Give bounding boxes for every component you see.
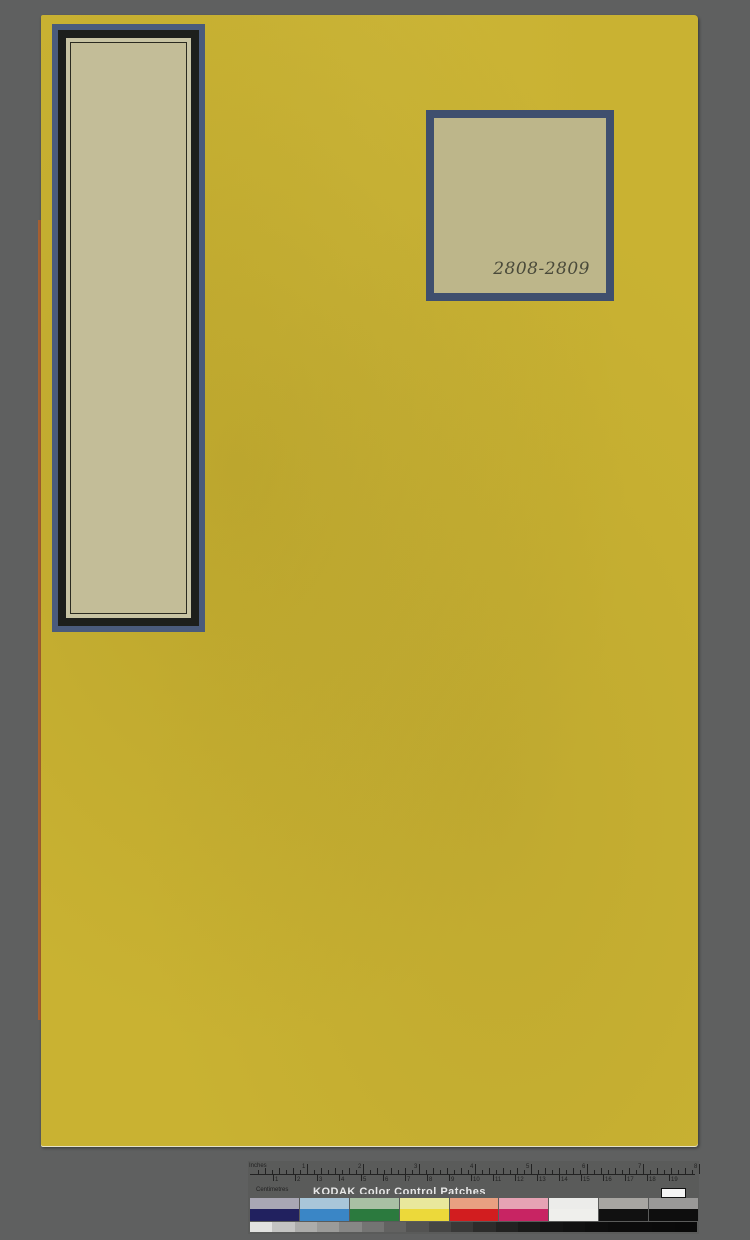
color-control-target: Inches Centimetres 123456781234567891011… (248, 1161, 699, 1234)
cm-tick (581, 1174, 582, 1181)
inch-minor-tick (615, 1168, 616, 1174)
inch-tick (587, 1164, 588, 1174)
cm-tick (647, 1174, 648, 1181)
inch-minor-tick (538, 1170, 539, 1174)
inch-minor-tick (328, 1170, 329, 1174)
inch-minor-tick (524, 1170, 525, 1174)
inch-minor-tick (335, 1168, 336, 1174)
inch-minor-tick (265, 1168, 266, 1174)
patch-green-tint (350, 1198, 399, 1209)
gray-step-14 (540, 1222, 562, 1232)
gray-step-7 (384, 1222, 406, 1232)
inch-minor-tick (279, 1168, 280, 1174)
centimetres-label: Centimetres (256, 1187, 288, 1193)
cm-tick (383, 1174, 384, 1181)
inch-tick-label: 7 (638, 1164, 641, 1170)
cm-tick (559, 1174, 560, 1181)
gray-scale-strip (250, 1222, 697, 1232)
inch-minor-tick (342, 1170, 343, 1174)
inch-minor-tick (601, 1168, 602, 1174)
inch-tick-label: 2 (358, 1164, 361, 1170)
patch-cyan-tint (300, 1198, 349, 1209)
patch-green (350, 1209, 399, 1221)
gray-step-5 (339, 1222, 361, 1232)
gray-step-11 (473, 1222, 495, 1232)
gray-step-1 (250, 1222, 272, 1232)
patch-blue (250, 1209, 299, 1221)
gray-step-19 (652, 1222, 674, 1232)
gray-step-10 (451, 1222, 473, 1232)
gray-step-4 (317, 1222, 339, 1232)
cm-tick-label: 19 (671, 1177, 678, 1183)
title-slip (52, 24, 205, 632)
inch-minor-tick (454, 1170, 455, 1174)
inch-minor-tick (293, 1168, 294, 1174)
inch-minor-tick (664, 1170, 665, 1174)
inch-tick-label: 3 (414, 1164, 417, 1170)
inch-minor-tick (398, 1170, 399, 1174)
inch-minor-tick (300, 1170, 301, 1174)
patch-3/color-tint (599, 1198, 648, 1209)
inch-minor-tick (286, 1170, 287, 1174)
inch-minor-tick (321, 1168, 322, 1174)
cm-tick-label: 6 (385, 1177, 388, 1183)
inch-minor-tick (503, 1168, 504, 1174)
inch-tick (699, 1164, 700, 1174)
cm-tick-label: 11 (495, 1177, 501, 1183)
inch-minor-tick (657, 1168, 658, 1174)
inch-minor-tick (671, 1168, 672, 1174)
inch-minor-tick (314, 1170, 315, 1174)
cm-tick (295, 1174, 296, 1181)
cm-tick-label: 12 (517, 1177, 524, 1183)
patch-white (549, 1209, 598, 1221)
patch-red (450, 1209, 499, 1221)
inch-tick-label: 5 (526, 1164, 529, 1170)
cm-tick (361, 1174, 362, 1181)
inch-minor-tick (356, 1170, 357, 1174)
title-slip-rule (70, 42, 187, 614)
inch-minor-tick (258, 1170, 259, 1174)
inch-minor-tick (622, 1170, 623, 1174)
title-slip-paper (66, 38, 191, 618)
cm-tick (317, 1174, 318, 1181)
gray-step-20 (675, 1222, 697, 1232)
cm-tick (427, 1174, 428, 1181)
cm-tick (405, 1174, 406, 1181)
patch-black-tint (649, 1198, 698, 1209)
cm-tick-label: 18 (649, 1177, 656, 1183)
cm-tick-label: 4 (341, 1177, 344, 1183)
inch-minor-tick (433, 1168, 434, 1174)
patch-yellow-tint (400, 1198, 449, 1209)
inch-minor-tick (517, 1168, 518, 1174)
inch-tick-label: 1 (302, 1164, 305, 1170)
gray-step-18 (630, 1222, 652, 1232)
inch-minor-tick (384, 1170, 385, 1174)
cm-tick-label: 14 (561, 1177, 568, 1183)
inch-minor-tick (412, 1170, 413, 1174)
inch-minor-tick (636, 1170, 637, 1174)
cm-tick (471, 1174, 472, 1181)
cm-tick-label: 15 (583, 1177, 590, 1183)
cm-tick (493, 1174, 494, 1181)
catalog-number: 2808-2809 (493, 259, 590, 279)
inch-minor-tick (510, 1170, 511, 1174)
inch-minor-tick (482, 1170, 483, 1174)
cm-tick (273, 1174, 274, 1181)
gray-step-6 (362, 1222, 384, 1232)
cm-tick (537, 1174, 538, 1181)
inch-tick-label: 6 (582, 1164, 585, 1170)
title-slip-frame (58, 30, 199, 626)
patch-yellow (400, 1209, 449, 1221)
inch-minor-tick (650, 1170, 651, 1174)
inch-tick-label: 8 (694, 1164, 697, 1170)
inch-minor-tick (629, 1168, 630, 1174)
inch-minor-tick (440, 1170, 441, 1174)
kodak-logo-icon (661, 1188, 686, 1198)
cm-tick-label: 3 (319, 1177, 322, 1183)
gray-step-2 (272, 1222, 294, 1232)
cm-tick-label: 8 (429, 1177, 432, 1183)
inch-minor-tick (545, 1168, 546, 1174)
inch-minor-tick (370, 1170, 371, 1174)
gray-step-3 (295, 1222, 317, 1232)
cm-tick-label: 17 (627, 1177, 634, 1183)
patch-cyan (300, 1209, 349, 1221)
inch-minor-tick (552, 1170, 553, 1174)
inch-tick (531, 1164, 532, 1174)
patch-black (649, 1209, 698, 1221)
inch-minor-tick (566, 1170, 567, 1174)
inch-minor-tick (461, 1168, 462, 1174)
inch-minor-tick (496, 1170, 497, 1174)
gray-step-15 (563, 1222, 585, 1232)
cm-tick-label: 10 (473, 1177, 480, 1183)
inch-tick (419, 1164, 420, 1174)
inch-tick (307, 1164, 308, 1174)
patch-magenta-tint (499, 1198, 548, 1209)
inch-minor-tick (489, 1168, 490, 1174)
catalog-label-paper: 2808-2809 (434, 118, 606, 293)
cm-tick-label: 13 (539, 1177, 546, 1183)
cm-tick-label: 1 (275, 1177, 278, 1183)
inch-minor-tick (608, 1170, 609, 1174)
inch-minor-tick (594, 1170, 595, 1174)
inch-minor-tick (685, 1168, 686, 1174)
patch-blue-tint (250, 1198, 299, 1209)
gray-step-8 (406, 1222, 428, 1232)
cm-tick (625, 1174, 626, 1181)
patch-magenta (499, 1209, 548, 1221)
patch-white-tint (549, 1198, 598, 1209)
cm-tick (515, 1174, 516, 1181)
inch-minor-tick (377, 1168, 378, 1174)
cm-tick-label: 9 (451, 1177, 454, 1183)
cm-tick (339, 1174, 340, 1181)
gray-step-16 (585, 1222, 607, 1232)
inch-minor-tick (692, 1170, 693, 1174)
cm-tick (603, 1174, 604, 1181)
patch-3/color (599, 1209, 648, 1221)
catalog-label: 2808-2809 (426, 110, 614, 301)
gray-step-13 (518, 1222, 540, 1232)
cm-tick-label: 7 (407, 1177, 410, 1183)
kodak-brand-text: KODAK Color Control Patches (313, 1186, 486, 1194)
inch-minor-tick (391, 1168, 392, 1174)
cm-tick (669, 1174, 670, 1181)
inch-tick (363, 1164, 364, 1174)
cm-tick-label: 5 (363, 1177, 366, 1183)
inch-minor-tick (468, 1170, 469, 1174)
inch-minor-tick (573, 1168, 574, 1174)
gray-step-17 (608, 1222, 630, 1232)
inch-minor-tick (349, 1168, 350, 1174)
cm-tick (449, 1174, 450, 1181)
cm-tick-label: 16 (605, 1177, 612, 1183)
gray-step-12 (496, 1222, 518, 1232)
inch-tick-label: 4 (470, 1164, 473, 1170)
inch-minor-tick (678, 1170, 679, 1174)
inch-tick (643, 1164, 644, 1174)
inch-tick (475, 1164, 476, 1174)
cm-tick-label: 2 (297, 1177, 300, 1183)
inch-minor-tick (447, 1168, 448, 1174)
patch-red-tint (450, 1198, 499, 1209)
gray-step-9 (429, 1222, 451, 1232)
